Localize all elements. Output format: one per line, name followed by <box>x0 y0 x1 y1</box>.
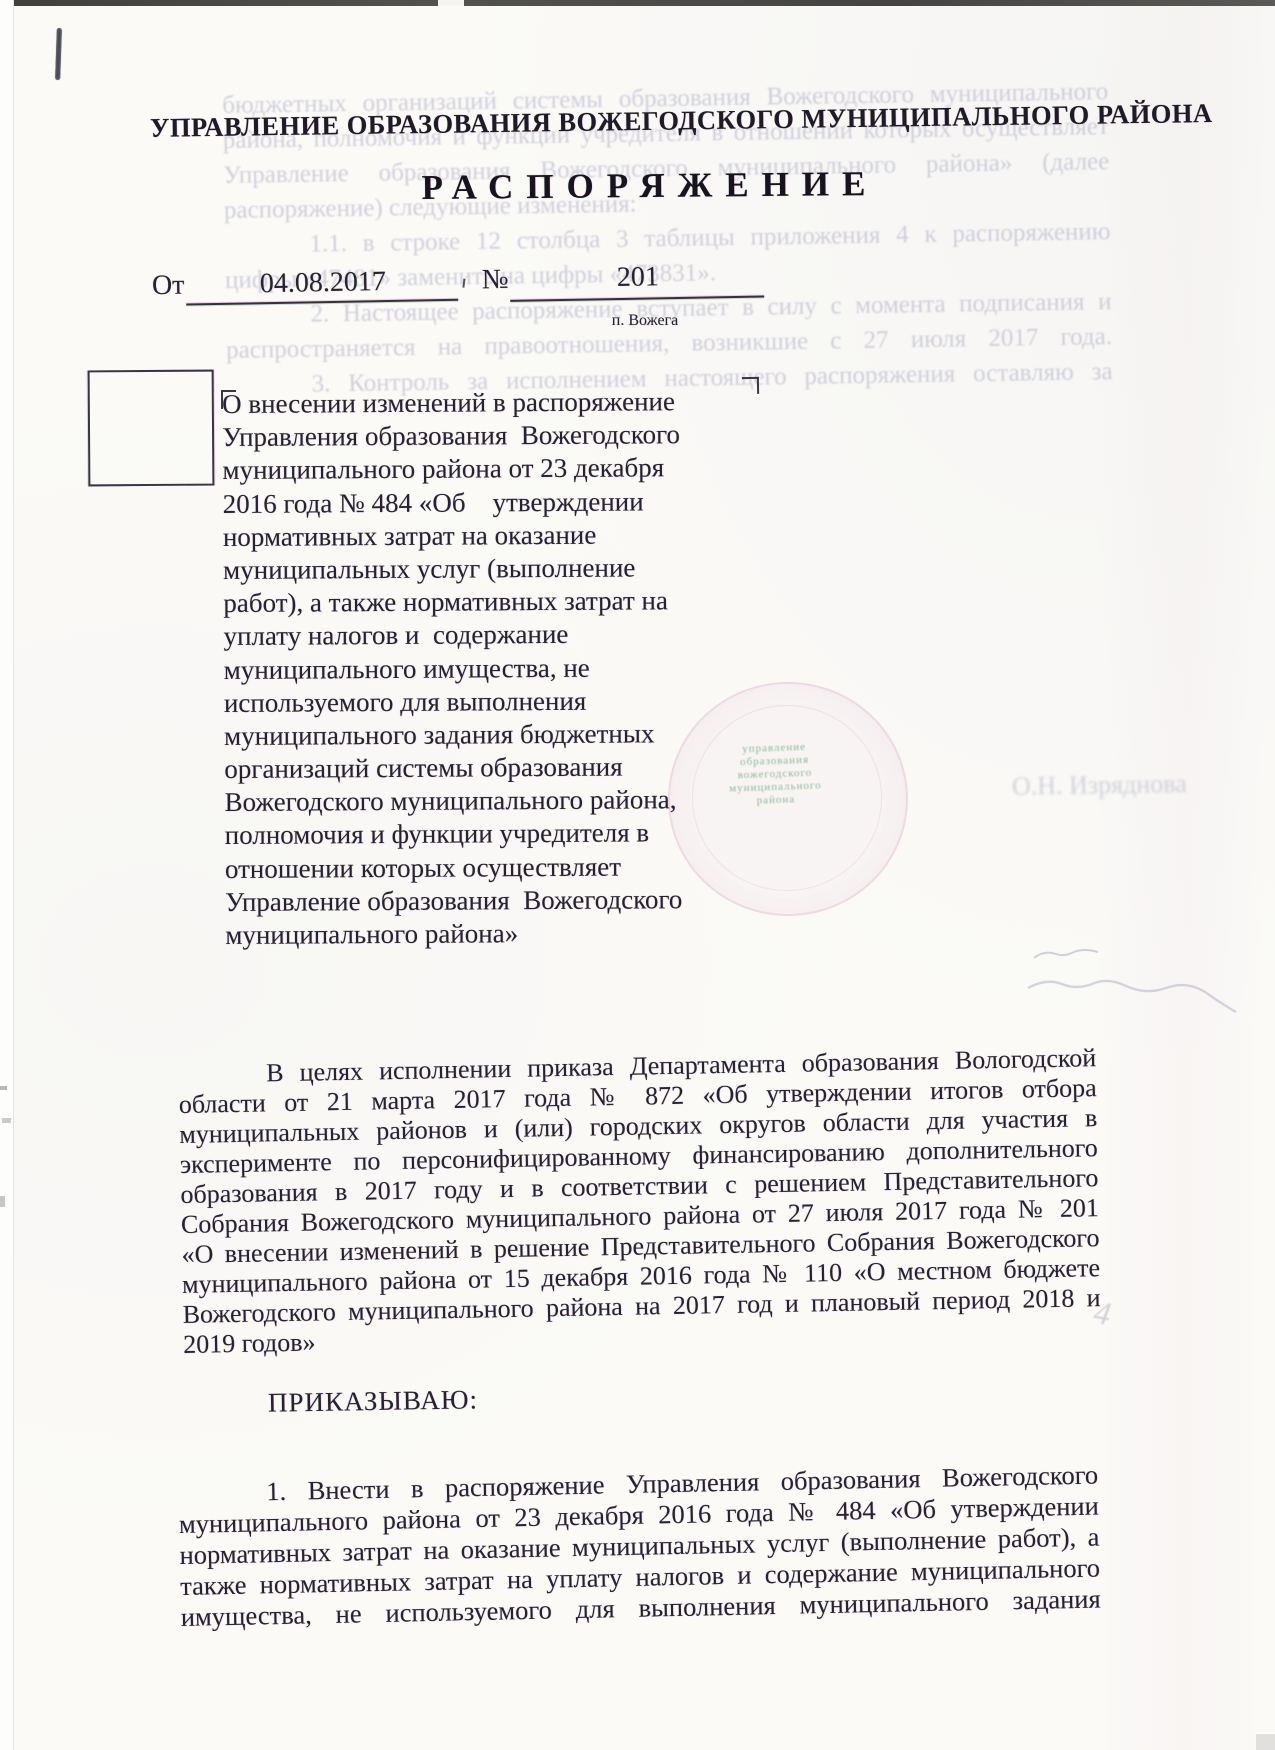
text-line: муниципальных услуг (выполнение <box>223 551 768 588</box>
staple-mark <box>55 28 62 80</box>
preamble-paragraph: В целях исполнении приказа Департамента … <box>178 1043 1101 1360</box>
text-line: муниципального района от 23 декабря <box>222 451 767 488</box>
scanned-document-page: бюджетных организаций системы образовани… <box>0 0 1275 1750</box>
number-value: 201 <box>514 259 763 295</box>
text-line: 2016 года № 484 «Об утверждении <box>223 484 768 521</box>
text-line: Вожегодского муниципального района, <box>224 783 769 820</box>
signature-name-bleed: О.Н. Изряднова <box>1012 768 1232 802</box>
registration-stamp-box <box>88 370 215 487</box>
text-line: используемого для выполнения <box>224 683 769 720</box>
text-line: полномочия и функции учредителя в <box>225 816 770 853</box>
left-margin-mark <box>0 1196 5 1207</box>
text-line: О внесении изменений в распоряжение <box>222 385 767 422</box>
text-line: работ), а также нормативных затрат на <box>223 584 768 621</box>
scan-corner-shadow <box>1256 1734 1275 1750</box>
date-label: От <box>152 270 185 303</box>
text-line: муниципального имущества, не <box>224 650 769 687</box>
date-value: 04.08.2017 <box>190 265 457 302</box>
order-word: ПРИКАЗЫВАЮ: <box>268 1384 478 1418</box>
text-line: отношении которых осуществляет <box>225 849 770 886</box>
document-title-block: О внесении изменений в распоряжениеУправ… <box>222 385 770 953</box>
handwriting-squiggle <box>1020 940 1250 1040</box>
text-line: муниципального района» <box>225 916 770 953</box>
text-line: организаций системы образования <box>224 750 769 787</box>
text-line: муниципального задания бюджетных <box>224 717 769 754</box>
scan-left-edge <box>0 0 14 1750</box>
scan-top-edge <box>0 0 1275 6</box>
text-line: уплату налогов и содержание <box>223 617 768 654</box>
scan-top-edge-gap <box>438 0 464 6</box>
text-line: Управление образования Вожегодского <box>225 882 770 919</box>
left-margin-mark <box>0 1086 7 1090</box>
document-type-title: РАСПОРЯЖЕНИЕ <box>300 163 1000 209</box>
place-name: п. Вожега <box>555 312 735 330</box>
number-label: № <box>482 264 509 296</box>
text-line: Управления образования Вожегодского <box>222 418 767 455</box>
text-line: нормативных затрат на оказание <box>223 517 768 554</box>
left-margin-mark <box>2 1118 11 1123</box>
order-item-1-paragraph: 1. Внести в распоряжение Управления обра… <box>178 1460 1101 1633</box>
